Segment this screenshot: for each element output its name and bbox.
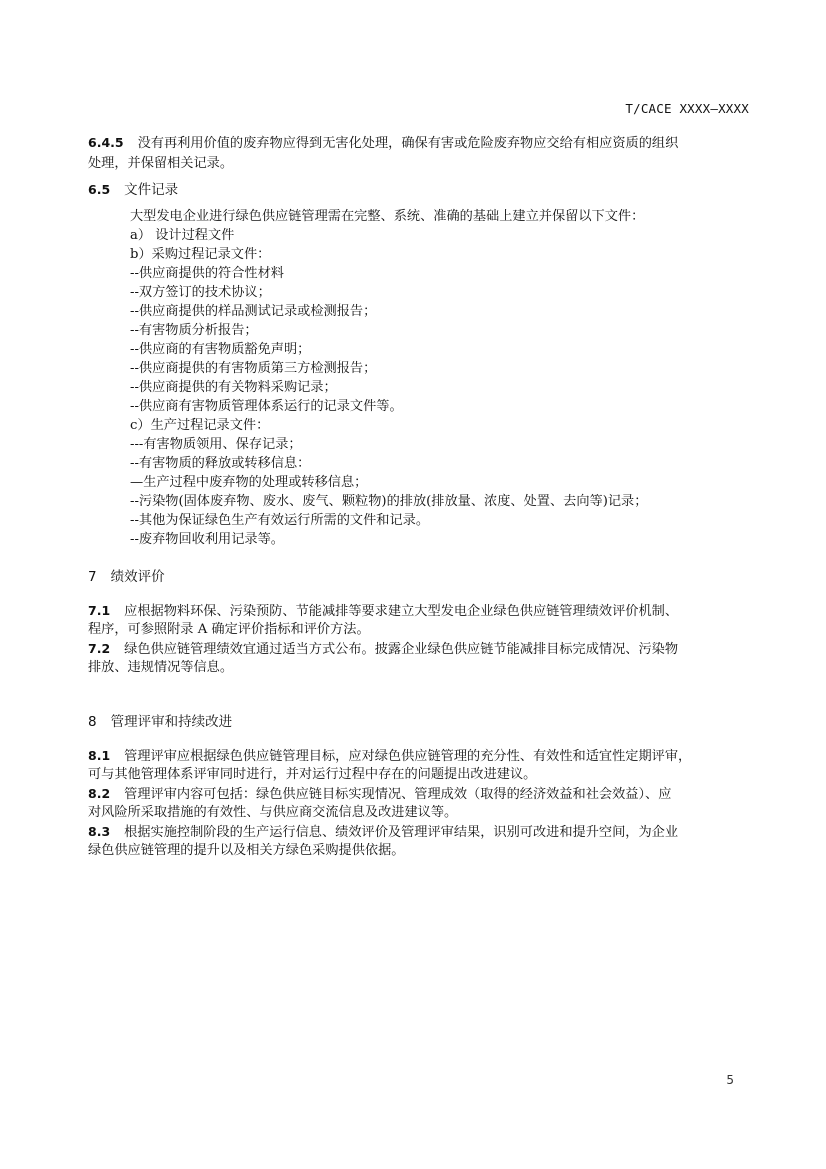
section-6-5-heading: 6.5文件记录 [88, 181, 178, 199]
clause-number: 8.1 [88, 748, 110, 763]
clause-8-3-line-2: 绿色供应链管理的提升以及相关方绿色采购提供依据。 [88, 842, 405, 860]
list-item: --有害物质分析报告； [130, 322, 258, 340]
section-title: 绩效评价 [111, 569, 165, 585]
clause-number: 8.2 [88, 786, 110, 801]
section-title: 管理评审和持续改进 [111, 714, 233, 730]
clause-7-2-line-1: 7.2绿色供应链管理绩效宜通过适当方式公布。披露企业绿色供应链节能减排目标完成情… [88, 640, 678, 659]
clause-text: 管理评审内容可包括：绿色供应链目标实现情况、管理成效（取得的经济效益和社会效益）… [124, 787, 671, 802]
clause-text: 绿色供应链管理绩效宜通过适当方式公布。披露企业绿色供应链节能减排目标完成情况、污… [124, 642, 678, 657]
clause-number: 7.1 [88, 603, 110, 618]
clause-text: 没有再利用价值的废弃物应得到无害化处理，确保有害或危险废弃物应交给有相应资质的组… [138, 136, 679, 151]
document-page: T/CACE XXXX—XXXX 6.4.5没有再利用价值的废弃物应得到无害化处… [0, 0, 826, 1169]
clause-8-1-line-2: 可与其他管理体系评审同时进行，并对运行过程中存在的问题提出改进建议。 [88, 766, 536, 784]
page-number: 5 [726, 1073, 734, 1087]
section-6-5-intro: 大型发电企业进行绿色供应链管理需在完整、系统、准确的基础上建立并保留以下文件： [130, 208, 644, 226]
document-code: T/CACE XXXX—XXXX [625, 101, 749, 116]
clause-text: 管理评审应根据绿色供应链管理目标，应对绿色供应链管理的充分性、有效性和适宜性定期… [124, 749, 691, 764]
clause-number: 8.3 [88, 824, 110, 839]
list-item: a） 设计过程文件 [130, 227, 234, 245]
list-item: --供应商有害物质管理体系运行的记录文件等。 [130, 398, 403, 416]
clause-7-2-line-2: 排放、违规情况等信息。 [88, 659, 233, 677]
list-item: --废弃物回收利用记录等。 [130, 531, 284, 549]
list-item: --供应商提供的符合性材料 [130, 265, 284, 283]
clause-6-4-5-line-1: 6.4.5没有再利用价值的废弃物应得到无害化处理，确保有害或危险废弃物应交给有相… [88, 134, 678, 153]
list-item: —生产过程中废弃物的处理或转移信息； [130, 474, 367, 492]
clause-8-3-line-1: 8.3根据实施控制阶段的生产运行信息、绩效评价及管理评审结果，识别可改进和提升空… [88, 823, 678, 842]
section-number: 8 [88, 714, 97, 730]
list-item: --供应商提供的有关物料采购记录； [130, 379, 337, 397]
list-item: --双方签订的技术协议； [130, 284, 271, 302]
clause-number: 6.4.5 [88, 135, 124, 150]
list-item: --供应商提供的有害物质第三方检测报告； [130, 360, 376, 378]
clause-7-1-line-1: 7.1应根据物料环保、污染预防、节能减排等要求建立大型发电企业绿色供应链管理绩效… [88, 602, 678, 621]
list-item: ---有害物质领用、保存记录； [130, 436, 302, 454]
section-8-heading: 8管理评审和持续改进 [88, 713, 232, 731]
clause-8-2-line-1: 8.2管理评审内容可包括：绿色供应链目标实现情况、管理成效（取得的经济效益和社会… [88, 785, 671, 804]
section-title: 文件记录 [124, 182, 178, 198]
section-number: 7 [88, 569, 97, 585]
list-item: c）生产过程记录文件： [130, 417, 269, 435]
clause-8-1-line-1: 8.1管理评审应根据绿色供应链管理目标，应对绿色供应链管理的充分性、有效性和适宜… [88, 747, 691, 766]
list-item: --其他为保证绿色生产有效运行所需的文件和记录。 [130, 512, 429, 530]
clause-7-1-line-2: 程序，可参照附录 A 确定评价指标和评价方法。 [88, 621, 370, 639]
list-item: b）采购过程记录文件： [130, 246, 270, 264]
clause-text: 应根据物料环保、污染预防、节能减排等要求建立大型发电企业绿色供应链管理绩效评价机… [124, 604, 678, 619]
clause-8-2-line-2: 对风险所采取措施的有效性、与供应商交流信息及改进建议等。 [88, 804, 457, 822]
clause-6-4-5-line-2: 处理，并保留相关记录。 [88, 155, 233, 173]
list-item: --供应商的有害物质豁免声明； [130, 341, 310, 359]
section-number: 6.5 [88, 182, 110, 197]
list-item: --有害物质的释放或转移信息： [130, 455, 310, 473]
section-7-heading: 7绩效评价 [88, 568, 165, 586]
clause-number: 7.2 [88, 641, 110, 656]
clause-text: 根据实施控制阶段的生产运行信息、绩效评价及管理评审结果，识别可改进和提升空间，为… [124, 825, 678, 840]
list-item: --供应商提供的样品测试记录或检测报告； [130, 303, 376, 321]
list-item: --污染物(固体废弃物、废水、废气、颗粒物)的排放(排放量、浓度、处置、去向等)… [130, 493, 647, 511]
